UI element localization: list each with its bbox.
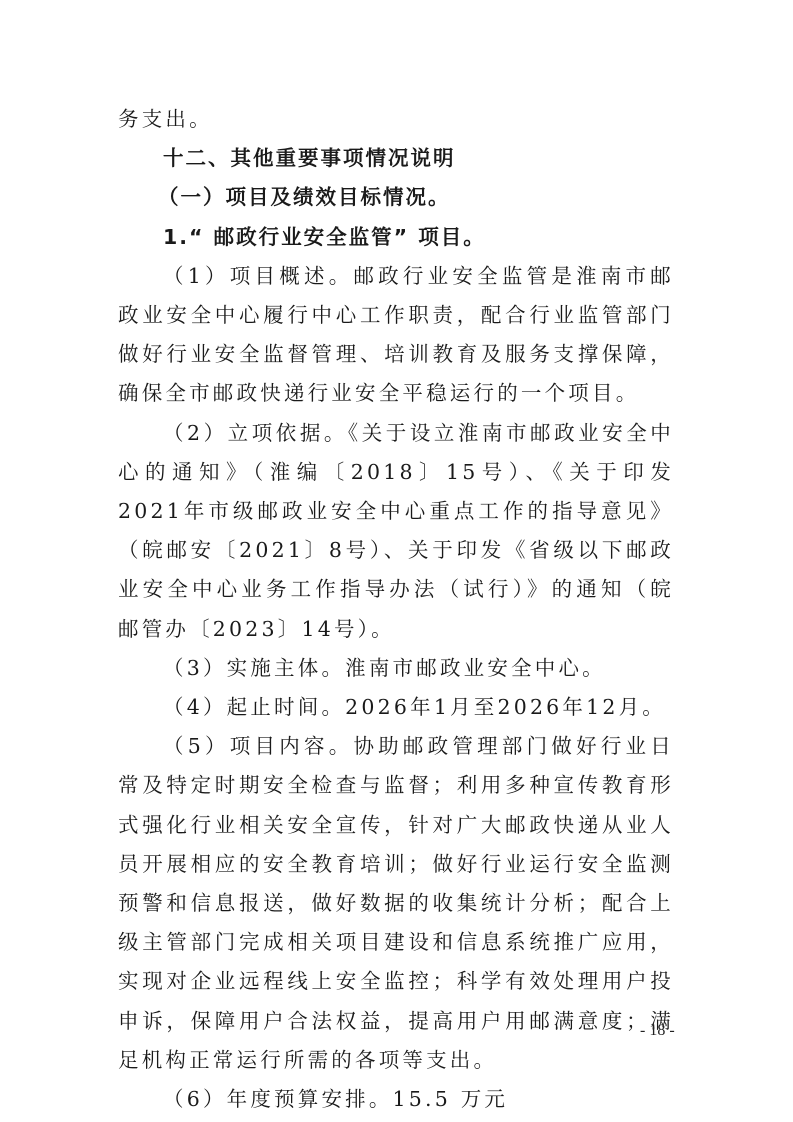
item-heading: 1.“ 邮政行业安全监管” 项目。 [118, 218, 674, 257]
continuation-text: 务支出。 [118, 100, 674, 139]
document-page: 务支出。 十二、其他重要事项情况说明 （一）项目及绩效目标情况。 1.“ 邮政行… [118, 100, 674, 1119]
paragraph-basis: （2）立项依据。《关于设立淮南市邮政业安全中心的通知》（淮编〔2018〕15号）… [118, 414, 674, 649]
subsection-heading: （一）项目及绩效目标情况。 [118, 178, 674, 217]
paragraph-content: （5）项目内容。协助邮政管理部门做好行业日常及特定时期安全检查与监督；利用多种宣… [118, 727, 674, 1080]
page-number: - 18 - [640, 1022, 675, 1040]
paragraph-implementer: （3）实施主体。淮南市邮政业安全中心。 [118, 649, 674, 688]
paragraph-period: （4）起止时间。2026年1月至2026年12月。 [118, 688, 674, 727]
section-heading: 十二、其他重要事项情况说明 [118, 139, 674, 178]
paragraph-budget: （6）年度预算安排。15.5 万元 [118, 1080, 674, 1119]
paragraph-overview: （1）项目概述。邮政行业安全监管是淮南市邮政业安全中心履行中心工作职责，配合行业… [118, 257, 674, 414]
